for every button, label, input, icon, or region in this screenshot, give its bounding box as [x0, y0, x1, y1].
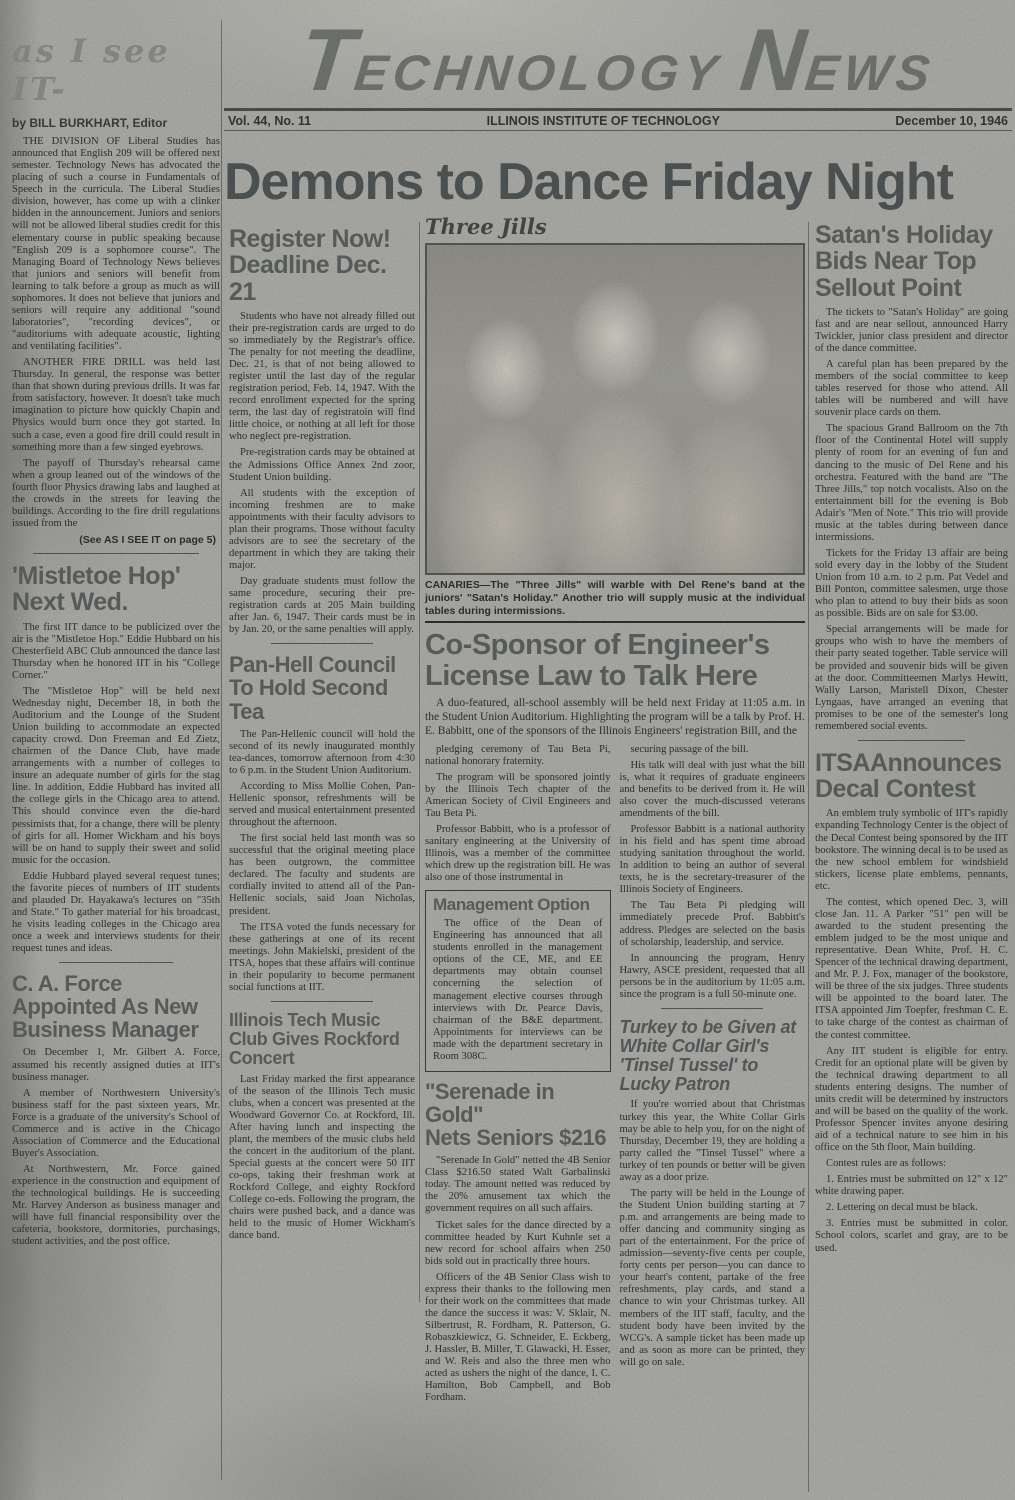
editorial-script-title: as I see IT-: [12, 32, 220, 108]
story-force-appointed: C. A. Force Appointed As New Business Ma…: [12, 972, 220, 1248]
paragraph: Professor Babbitt is a national authorit…: [620, 824, 806, 896]
paragraph: Last Friday marked the first appearance …: [229, 1074, 415, 1243]
story-body: pledging ceremony of Tau Beta Pi, nation…: [425, 744, 611, 885]
paragraph: A duo-featured, all-school assembly will…: [425, 697, 805, 738]
paragraph: The spacious Grand Ballroom on the 7th f…: [815, 423, 1008, 544]
column-left: as I see IT- by BILL BURKHART, Editor TH…: [12, 28, 220, 1252]
story-register-now: Register Now! Deadline Dec. 21 Students …: [229, 226, 415, 636]
photo-caption: CANARIES—The "Three Jills" will warble w…: [425, 579, 805, 623]
jump-line: (See AS I SEE IT on page 5): [12, 534, 216, 546]
paragraph: In announcing the program, Henry Hawry, …: [620, 953, 806, 1001]
story-mistletoe-hop: 'Mistletoe Hop' Next Wed. The first IIT …: [12, 563, 220, 955]
paragraph: Professor Babbitt, who is a professor of…: [425, 824, 611, 884]
masthead-rule: [224, 108, 1012, 111]
story-editorial: as I see IT- by BILL BURKHART, Editor TH…: [12, 32, 220, 546]
title-caps: ECHNOLOGY: [352, 45, 725, 101]
story-decal-contest: ITSAAnnounces Decal Contest An emblem tr…: [815, 750, 1008, 1255]
headline-line: Nets Seniors $216: [425, 1126, 611, 1149]
headline-line: Decal Contest: [815, 776, 1008, 802]
paragraph: The first IIT dance to be publicized ove…: [12, 622, 220, 682]
story-headline: Turkey to be Given at White Collar Girl'…: [620, 1018, 806, 1094]
paragraph: Day graduate students must follow the sa…: [229, 576, 415, 636]
photo-kicker: Three Jills: [425, 214, 805, 239]
story-turkey-tinsel-tussel: Turkey to be Given at White Collar Girl'…: [620, 1018, 806, 1369]
paragraph: The Tau Beta Pi pledging will immediatel…: [620, 900, 806, 948]
headline-line: Deadline Dec. 21: [229, 252, 415, 305]
paragraph: securing passage of the bill.: [620, 744, 806, 756]
paragraph: The tickets to "Satan's Holiday" are goi…: [815, 307, 1008, 355]
subcolumn-right: securing passage of the bill.His talk wi…: [620, 744, 806, 1409]
story-headline: Satan's Holiday Bids Near Top Sellout Po…: [815, 222, 1008, 301]
paragraph: 2. Lettering on decal must be black.: [815, 1202, 1008, 1214]
story-body: The tickets to "Satan's Holiday" are goi…: [815, 307, 1008, 733]
story-headline: Pan-Hell Council To Hold Second Tea: [229, 653, 415, 722]
dateline: Vol. 44, No. 11 ILLINOIS INSTITUTE OF TE…: [224, 111, 1012, 130]
institute-name: ILLINOIS INSTITUTE OF TECHNOLOGY: [487, 114, 720, 128]
paragraph: Any IIT student is eligible for entry. C…: [815, 1046, 1008, 1155]
paragraph: His talk will deal with just what the bi…: [620, 760, 806, 820]
story-headline: C. A. Force Appointed As New Business Ma…: [12, 972, 220, 1041]
two-column-continuation: pledging ceremony of Tau Beta Pi, nation…: [425, 744, 805, 1409]
story-headline: Illinois Tech Music Club Gives Rockford …: [229, 1011, 415, 1068]
contest-rules-list: 1. Entries must be submitted on 12" x 12…: [815, 1174, 1008, 1254]
title-initial: N: [736, 10, 812, 109]
paragraph: Contest rules are as follows:: [815, 1158, 1008, 1170]
paragraph: ANOTHER FIRE DRILL was held last Thursda…: [12, 357, 220, 454]
story-body: On December 1, Mr. Gilbert A. Force, ass…: [12, 1047, 220, 1248]
paragraph: The party will be held in the Lounge of …: [620, 1188, 806, 1369]
story-body: "Serenade In Gold" netted the 4B Senior …: [425, 1155, 611, 1404]
paragraph: If you're worried about that Christmas t…: [620, 1099, 806, 1183]
editorial-byline: by BILL BURKHART, Editor: [12, 116, 220, 130]
story-divider: [33, 553, 199, 554]
paragraph: Officers of the 4B Senior Class wish to …: [425, 1272, 611, 1405]
main-headline: Demons to Dance Friday Night: [224, 156, 1014, 209]
story-headline: ITSAAnnounces Decal Contest: [815, 750, 1008, 803]
paragraph: An emblem truly symbolic of IIT's rapidl…: [815, 808, 1008, 892]
story-headline: 'Mistletoe Hop' Next Wed.: [12, 563, 220, 616]
paragraph: Pre-registration cards may be obtained a…: [229, 447, 415, 483]
story-headline: Register Now! Deadline Dec. 21: [229, 226, 415, 305]
story-divider: [858, 740, 964, 741]
story-divider: [271, 1001, 373, 1002]
paragraph: Special arrangements will be made for gr…: [815, 624, 1008, 733]
paragraph: The office of the Dean of Engineering ha…: [433, 918, 603, 1063]
dateline-rule: [224, 130, 1012, 131]
story-satans-holiday: Satan's Holiday Bids Near Top Sellout Po…: [815, 222, 1008, 733]
story-music-club-concert: Illinois Tech Music Club Gives Rockford …: [229, 1011, 415, 1243]
column-rule: [221, 20, 222, 1480]
paragraph: All students with the exception of incom…: [229, 488, 415, 572]
paragraph: The "Mistletoe Hop" will be held next We…: [12, 686, 220, 867]
paragraph: The contest, which opened Dec. 3, will c…: [815, 897, 1008, 1042]
box-headline: Management Option: [433, 896, 603, 914]
issue-date: December 10, 1946: [895, 114, 1008, 128]
column-two: Register Now! Deadline Dec. 21 Students …: [229, 224, 415, 1247]
paragraph: Tickets for the Friday 13 affair are bei…: [815, 548, 1008, 620]
headline-line: "Serenade in Gold": [425, 1080, 611, 1126]
story-body: Students who have not already filled out…: [229, 311, 415, 637]
paragraph: "Serenade In Gold" netted the 4B Senior …: [425, 1155, 611, 1215]
story-body: securing passage of the bill.His talk wi…: [620, 744, 806, 1001]
subcolumn-left: pledging ceremony of Tau Beta Pi, nation…: [425, 744, 611, 1409]
paragraph: pledging ceremony of Tau Beta Pi, nation…: [425, 744, 611, 768]
story-lead: A duo-featured, all-school assembly will…: [425, 697, 805, 738]
paragraph: 1. Entries must be submitted on 12" x 12…: [815, 1174, 1008, 1198]
title-caps: EWS: [802, 45, 937, 101]
paragraph: 3. Entries must be submitted in color. S…: [815, 1218, 1008, 1254]
paragraph: THE DIVISION OF Liberal Studies has anno…: [12, 136, 220, 353]
story-body: THE DIVISION OF Liberal Studies has anno…: [12, 136, 220, 530]
story-engineer-license-law: Co-Sponsor of Engineer's License Law to …: [425, 630, 805, 1408]
newspaper-page: TECHNOLOGYNEWS Vol. 44, No. 11 ILLINOIS …: [0, 0, 1015, 1500]
headline-line: Register Now!: [229, 226, 415, 252]
story-headline: Co-Sponsor of Engineer's License Law to …: [425, 630, 805, 691]
story-divider: [59, 962, 173, 963]
volume-number: Vol. 44, No. 11: [228, 114, 311, 128]
newspaper-title: TECHNOLOGYNEWS: [220, 18, 1015, 102]
management-option-box: Management Option The office of the Dean…: [425, 890, 611, 1072]
story-divider: [661, 1008, 763, 1009]
story-body: The Pan-Hellenic council will hold the s…: [229, 729, 415, 994]
paragraph: At Northwestern, Mr. Force gained experi…: [12, 1164, 220, 1248]
paragraph: According to Miss Mollie Cohen, Pan-Hell…: [229, 781, 415, 829]
three-jills-photo: [425, 243, 805, 575]
paragraph: On December 1, Mr. Gilbert A. Force, ass…: [12, 1047, 220, 1083]
paragraph: The Pan-Hellenic council will hold the s…: [229, 729, 415, 777]
story-body: If you're worried about that Christmas t…: [620, 1099, 806, 1368]
box-body: The office of the Dean of Engineering ha…: [433, 918, 603, 1063]
story-divider: [271, 643, 373, 644]
story-body: Last Friday marked the first appearance …: [229, 1074, 415, 1243]
paragraph: A member of Northwestern University's bu…: [12, 1088, 220, 1160]
column-rule: [419, 222, 420, 1302]
paragraph: Students who have not already filled out…: [229, 311, 415, 444]
column-right: Satan's Holiday Bids Near Top Sellout Po…: [815, 220, 1008, 1259]
paragraph: Eddie Hubbard played several request tun…: [12, 871, 220, 955]
story-serenade-in-gold: "Serenade in Gold" Nets Seniors $216 "Se…: [425, 1080, 611, 1405]
column-rule: [808, 222, 809, 1492]
column-middle: Three Jills CANARIES—The "Three Jills" w…: [425, 214, 805, 1408]
story-headline: "Serenade in Gold" Nets Seniors $216: [425, 1080, 611, 1149]
story-body: An emblem truly symbolic of IIT's rapidl…: [815, 808, 1008, 1170]
story-body: The first IIT dance to be publicized ove…: [12, 622, 220, 956]
story-pan-hell-tea: Pan-Hell Council To Hold Second Tea The …: [229, 653, 415, 994]
masthead: TECHNOLOGYNEWS Vol. 44, No. 11 ILLINOIS …: [224, 18, 1012, 131]
paragraph: The program will be sponsored jointly by…: [425, 772, 611, 820]
paragraph: A careful plan has been prepared by the …: [815, 359, 1008, 419]
headline-line: ITSAAnnounces: [815, 750, 1008, 776]
paragraph: The first social held last month was so …: [229, 833, 415, 917]
paragraph: Ticket sales for the dance directed by a…: [425, 1220, 611, 1268]
paragraph: The payoff of Thursday's rehearsal came …: [12, 458, 220, 530]
paragraph: The ITSA voted the funds necessary for t…: [229, 922, 415, 994]
